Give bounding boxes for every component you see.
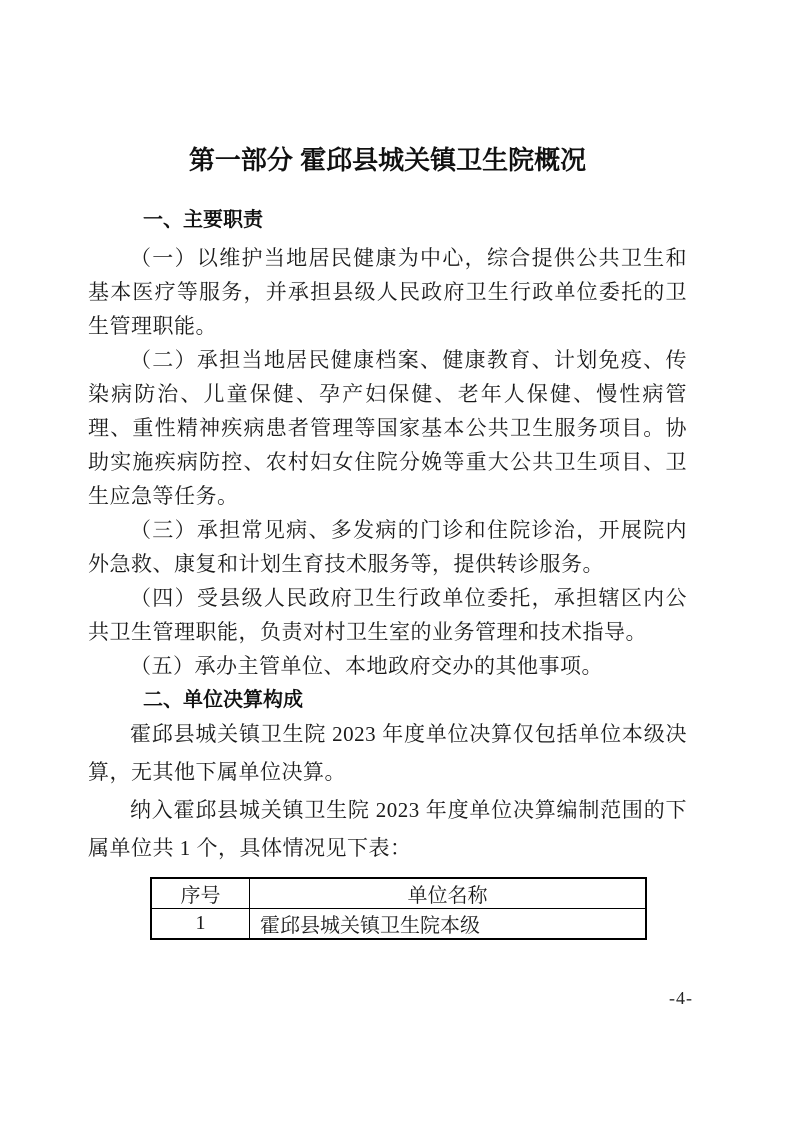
paragraph: 霍邱县城关镇卫生院 2023 年度单位决算仅包括单位本级决算，无其他下属单位决算…: [88, 715, 687, 791]
document-page: 第一部分 霍邱县城关镇卫生院概况 一、主要职责 （一）以维护当地居民健康为中心，…: [0, 0, 793, 1122]
table-header-unit-name: 单位名称: [250, 878, 647, 909]
paragraph: 纳入霍邱县城关镇卫生院 2023 年度单位决算编制范围的下属单位共 1 个，具体…: [88, 791, 687, 867]
section-heading-main-duties: 一、主要职责: [88, 205, 687, 235]
paragraph: （三）承担常见病、多发病的门诊和住院诊治，开展院内外急救、康复和计划生育技术服务…: [88, 513, 687, 581]
table-cell-unit-name: 霍邱县城关镇卫生院本级: [250, 909, 647, 940]
table-header-row: 序号 单位名称: [151, 878, 646, 909]
table-header-index: 序号: [151, 878, 250, 909]
table-cell-index: 1: [151, 909, 250, 940]
paragraph: （一）以维护当地居民健康为中心，综合提供公共卫生和基本医疗等服务，并承担县级人民…: [88, 241, 687, 343]
section-heading-budget-composition: 二、单位决算构成: [88, 685, 687, 715]
paragraph: （四）受县级人民政府卫生行政单位委托，承担辖区内公共卫生管理职能，负责对村卫生室…: [88, 581, 687, 649]
section-budget-composition: 霍邱县城关镇卫生院 2023 年度单位决算仅包括单位本级决算，无其他下属单位决算…: [88, 715, 687, 867]
subordinate-units-table: 序号 单位名称 1 霍邱县城关镇卫生院本级: [150, 877, 647, 940]
paragraph: （五）承办主管单位、本地政府交办的其他事项。: [88, 649, 687, 683]
document-content: 第一部分 霍邱县城关镇卫生院概况 一、主要职责 （一）以维护当地居民健康为中心，…: [0, 0, 793, 940]
paragraph: （二）承担当地居民健康档案、健康教育、计划免疫、传染病防治、儿童保健、孕产妇保健…: [88, 343, 687, 513]
section-main-duties: （一）以维护当地居民健康为中心，综合提供公共卫生和基本医疗等服务，并承担县级人民…: [88, 241, 687, 683]
table-row: 1 霍邱县城关镇卫生院本级: [151, 909, 646, 940]
page-number: -4-: [669, 988, 693, 1009]
page-title: 第一部分 霍邱县城关镇卫生院概况: [88, 0, 687, 180]
